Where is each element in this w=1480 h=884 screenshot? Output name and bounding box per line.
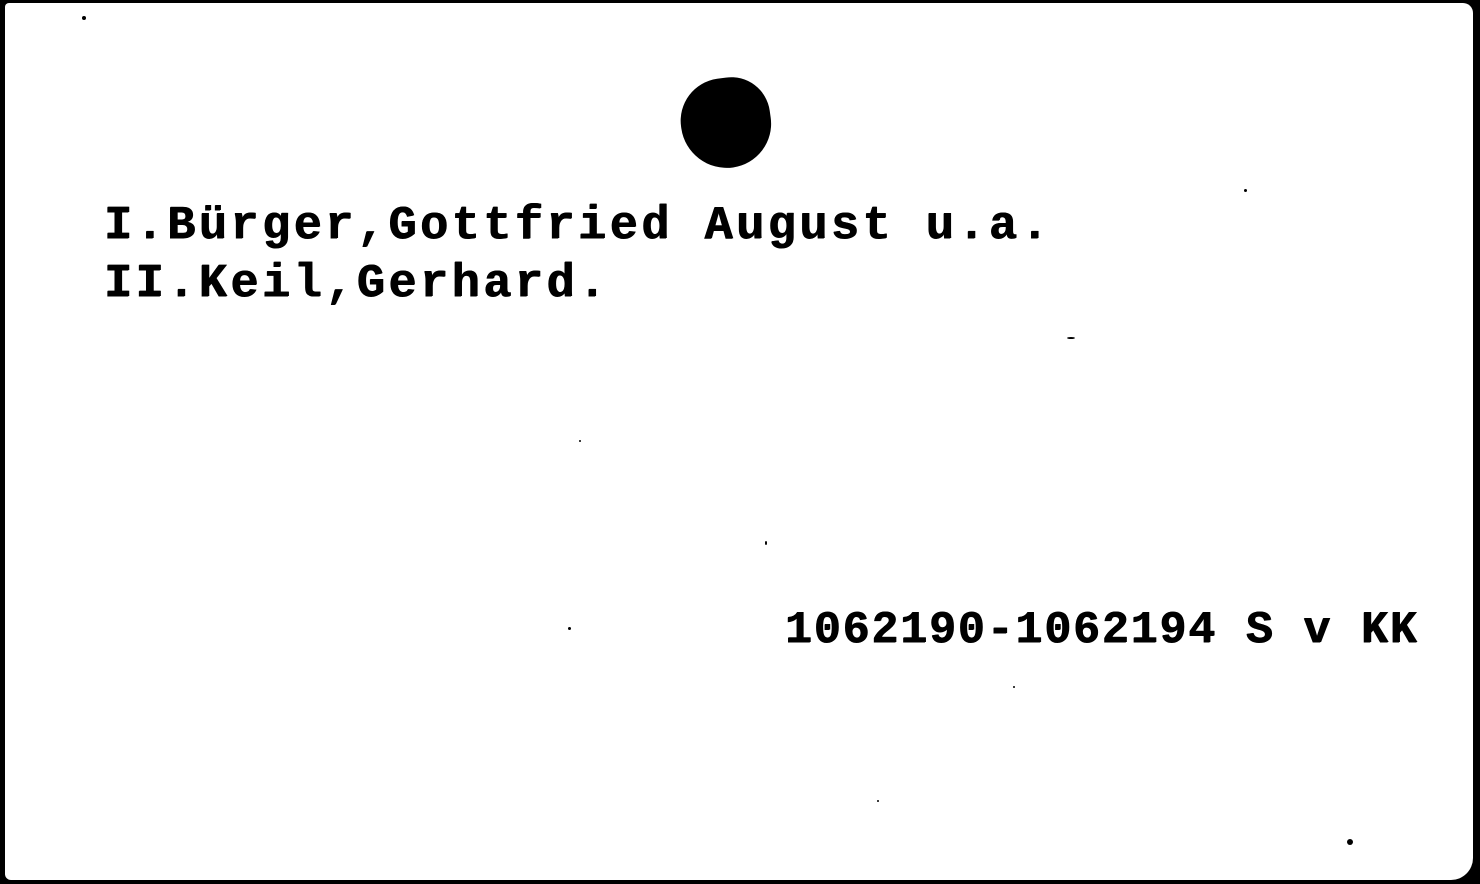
- dust-speck: [1347, 839, 1353, 845]
- dust-speck: [579, 440, 581, 442]
- dust-speck: [877, 800, 879, 802]
- dust-speck: [82, 16, 86, 20]
- dust-speck: [1013, 686, 1015, 688]
- dust-speck: [1067, 337, 1075, 339]
- shelfmark: 1062190-1062194 S v KK: [785, 603, 1419, 659]
- entry-line-2: II.Keil,Gerhard.: [104, 257, 610, 313]
- dust-speck: [765, 541, 767, 545]
- entry-line-1: I.Bürger,Gottfried August u.a.: [104, 199, 1052, 255]
- dust-speck: [568, 627, 571, 630]
- punch-hole: [675, 72, 777, 174]
- catalog-card: I.Bürger,Gottfried August u.a. II.Keil,G…: [5, 3, 1473, 880]
- dust-speck: [1244, 189, 1247, 192]
